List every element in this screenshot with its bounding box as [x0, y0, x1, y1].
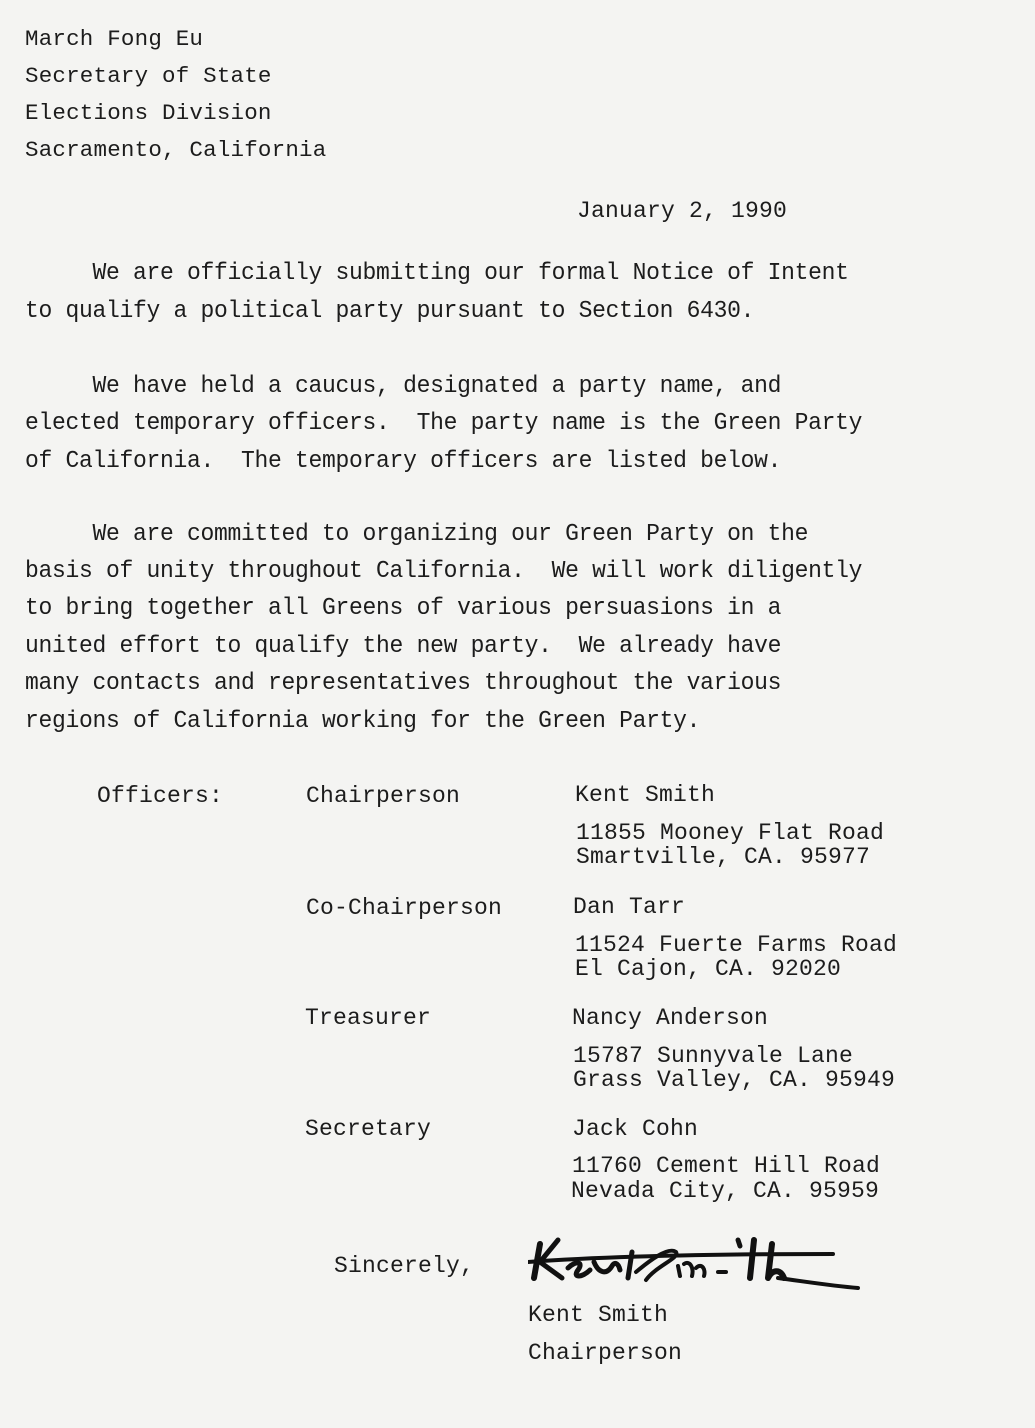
- officer-role: Treasurer: [305, 1007, 431, 1030]
- officer-name: Dan Tarr: [573, 896, 685, 919]
- officer-street: 15787 Sunnyvale Lane: [573, 1045, 853, 1068]
- paragraph-3-line-2: basis of unity throughout California. We…: [25, 559, 862, 583]
- handwritten-signature: [528, 1232, 863, 1302]
- paragraph-1-line-1: We are officially submitting our formal …: [25, 261, 849, 285]
- paragraph-2-line-2: elected temporary officers. The party na…: [25, 411, 862, 435]
- letter-date: January 2, 1990: [577, 200, 787, 223]
- paragraph-3-line-6: regions of California working for the Gr…: [25, 709, 700, 733]
- signer-name: Kent Smith: [528, 1304, 668, 1327]
- officer-street: 11524 Fuerte Farms Road: [575, 934, 897, 957]
- officer-street: 11760 Cement Hill Road: [572, 1155, 880, 1178]
- paragraph-2-line-3: of California. The temporary officers ar…: [25, 449, 781, 473]
- paragraph-2-line-1: We have held a caucus, designated a part…: [25, 374, 781, 398]
- letter-page: March Fong Eu Secretary of State Electio…: [0, 0, 1035, 1428]
- officer-role: Secretary: [305, 1118, 431, 1141]
- recipient-name: March Fong Eu: [25, 28, 203, 51]
- officer-role: Co-Chairperson: [306, 897, 502, 920]
- officer-role: Chairperson: [306, 785, 460, 808]
- paragraph-3-line-4: united effort to qualify the new party. …: [25, 634, 781, 658]
- recipient-division: Elections Division: [25, 102, 272, 125]
- paragraph-3-line-1: We are committed to organizing our Green…: [25, 522, 808, 546]
- officer-city: Nevada City, CA. 95959: [571, 1180, 879, 1203]
- officer-name: Kent Smith: [575, 784, 715, 807]
- paragraph-1-line-2: to qualify a political party pursuant to…: [25, 299, 754, 323]
- officers-label: Officers:: [97, 785, 223, 808]
- paragraph-3-line-5: many contacts and representatives throug…: [25, 671, 781, 695]
- signer-title: Chairperson: [528, 1342, 682, 1365]
- officer-city: El Cajon, CA. 92020: [575, 958, 841, 981]
- officer-city: Smartville, CA. 95977: [576, 846, 870, 869]
- officer-city: Grass Valley, CA. 95949: [573, 1069, 895, 1092]
- officer-street: 11855 Mooney Flat Road: [576, 822, 884, 845]
- recipient-location: Sacramento, California: [25, 139, 326, 162]
- officer-name: Nancy Anderson: [572, 1007, 768, 1030]
- officer-name: Jack Cohn: [572, 1118, 698, 1141]
- closing-salutation: Sincerely,: [334, 1255, 474, 1278]
- recipient-title: Secretary of State: [25, 65, 272, 88]
- paragraph-3-line-3: to bring together all Greens of various …: [25, 596, 781, 620]
